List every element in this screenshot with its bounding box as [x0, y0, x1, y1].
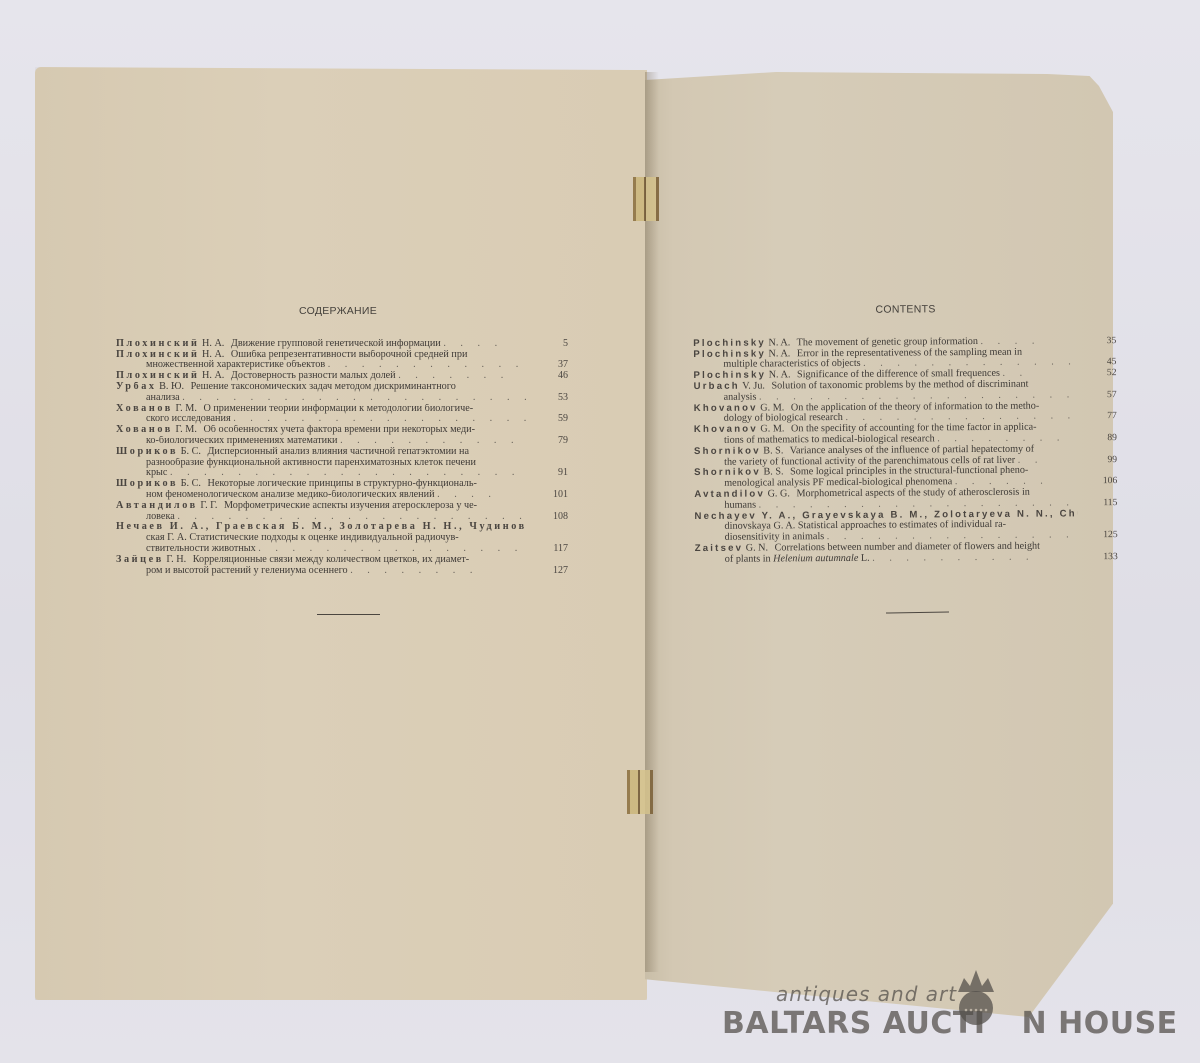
page-number: 79: [558, 436, 568, 447]
toc-entry: Nechayev Y. A., Grayevskaya B. M., Zolot…: [694, 509, 1119, 544]
page-number: 89: [1107, 433, 1117, 444]
entry-title: On the specifity of accounting for the t…: [791, 422, 1037, 434]
page-number: 52: [1107, 368, 1117, 379]
toc-entry: Shornikov B. S. Variance analyses of the…: [694, 444, 1119, 469]
entry-title: Движение групповой генетической информац…: [231, 339, 441, 349]
page-number: 133: [1103, 552, 1117, 563]
toc-title-ru: СОДЕРЖАНИЕ: [108, 306, 568, 317]
entry-title: Solution of taxonomic problems by the me…: [771, 379, 1028, 391]
page-number: 108: [553, 512, 568, 523]
toc-entry: Хованов Г. М. Об особенностях учета факт…: [116, 425, 568, 447]
toc-entry: Хованов Г. М. О применении теории информ…: [116, 404, 568, 426]
toc-english: CONTENTS Plochinsky N. A. The movement o…: [693, 303, 1120, 565]
toc-entry: Шориков Б. С. Дисперсионный анализ влиян…: [116, 447, 568, 479]
entry-title: Дисперсионный анализ влияния частичной г…: [207, 447, 469, 457]
page-number: 53: [558, 393, 568, 404]
entry-title: Об особенностях учета фактора времени пр…: [203, 425, 475, 435]
toc-entry: Плохинский Н. А. Достоверность разности …: [116, 371, 568, 382]
entry-title: Morphometrical aspects of the study of a…: [796, 487, 1029, 499]
entry-title: On the application of the theory of info…: [791, 401, 1039, 413]
entry-title: О применении теории информации к методол…: [203, 404, 473, 414]
entry-title: Корреляционные связи между количеством ц…: [193, 555, 470, 565]
crown-orb-logo-icon: [954, 970, 998, 1026]
toc-entry: Urbach V. Ju. Solution of taxonomic prob…: [694, 379, 1119, 404]
toc-entry: Нечаев И. А., Граевская Б. М., Золотарев…: [116, 522, 568, 554]
toc-entry: Плохинский Н. А. Движение групповой гене…: [116, 339, 568, 350]
page-number: 57: [1107, 390, 1117, 401]
page-number: 125: [1103, 530, 1117, 541]
divider-rule-left: [317, 614, 380, 615]
entry-title: Variance analyses of the influence of pa…: [790, 444, 1034, 456]
entry-title: Significance of the difference of small …: [797, 369, 1000, 381]
entry-title: Ошибка репрезентативности выборочной сре…: [231, 350, 468, 360]
entry-title: Error in the representativeness of the s…: [797, 347, 1022, 359]
page-number: 35: [1107, 336, 1117, 347]
toc-entry: Зайцев Г. Н. Корреляционные связи между …: [116, 555, 568, 577]
watermark-tagline: antiques and art: [776, 982, 957, 1006]
entry-title: Some logical principles in the structura…: [790, 466, 1028, 478]
binding-tape-bottom: [627, 770, 653, 814]
page-number: 77: [1107, 411, 1117, 422]
toc-russian: СОДЕРЖАНИЕ Плохинский Н. А. Движение гру…: [116, 306, 568, 576]
toc-entry: Khovanov G. M. On the specifity of accou…: [694, 422, 1119, 447]
toc-entry: Урбах В. Ю. Решение таксономических зада…: [116, 382, 568, 404]
toc-entry: Автандилов Г. Г. Морфометрические аспект…: [116, 501, 568, 523]
page-number: 115: [1103, 498, 1117, 509]
page-number: 127: [553, 566, 568, 577]
auction-house-watermark: antiques and art BALTARS AUCTIN HOUSE: [722, 982, 1122, 1062]
page-number: 59: [558, 414, 568, 425]
page-number: 106: [1103, 476, 1117, 487]
entry-title: Решение таксономических задач методом ди…: [191, 382, 456, 392]
toc-entry: Khovanov G. M. On the application of the…: [694, 401, 1119, 426]
toc-entry: Плохинский Н. А. Ошибка репрезентативнос…: [116, 350, 568, 372]
entry-title: Морфометрические аспекты изучения атерос…: [224, 501, 477, 511]
toc-entry: Шориков Б. С. Некоторые логические принц…: [116, 479, 568, 501]
page-number: 91: [558, 468, 568, 479]
watermark-name: BALTARS AUCTIN HOUSE: [722, 1006, 1178, 1041]
entry-title: The movement of genetic group informatio…: [797, 336, 978, 348]
page-number: 99: [1107, 455, 1117, 466]
entry-title: Correlations between number and diameter…: [775, 541, 1040, 553]
toc-title-en: CONTENTS: [693, 303, 1118, 317]
toc-entry: Plochinsky N. A. Error in the representa…: [693, 347, 1118, 372]
page-number: 117: [553, 544, 568, 555]
page-number: 5: [563, 339, 568, 350]
toc-entry: Zaitsev G. N. Correlations between numbe…: [695, 541, 1120, 566]
page-number: 46: [558, 371, 568, 382]
toc-entry: Avtandilov G. G. Morphometrical aspects …: [694, 487, 1119, 512]
toc-entry: Shornikov B. S. Some logical principles …: [694, 465, 1119, 490]
entry-title: Некоторые логические принципы в структур…: [207, 479, 476, 489]
binding-tape-top: [633, 177, 659, 221]
entry-title: Достоверность разности малых долей: [231, 371, 396, 381]
page-number: 101: [553, 490, 568, 501]
